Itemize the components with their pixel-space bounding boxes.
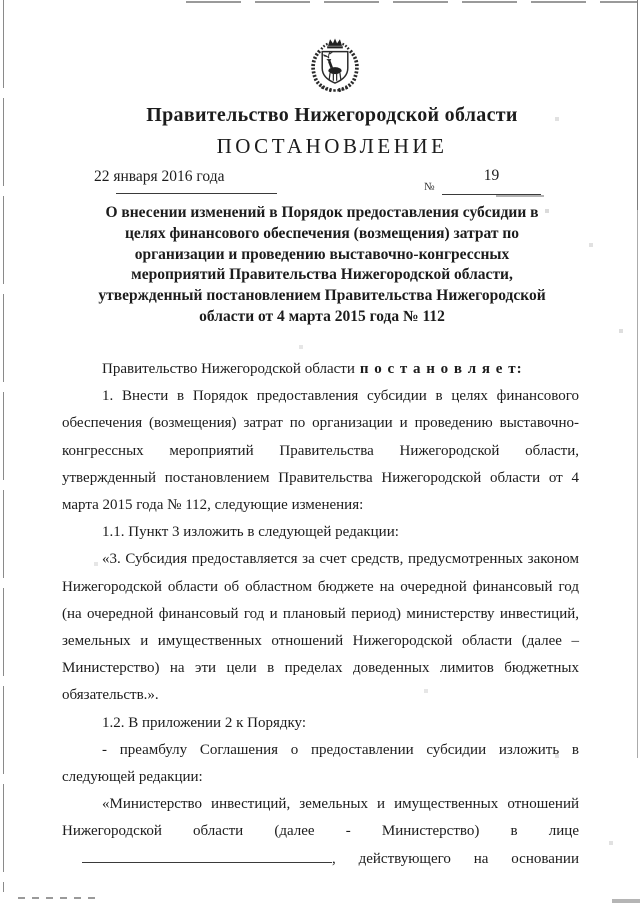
resolution-verb: п о с т а н о в л я е т: [360,361,523,377]
paragraph-ministry: «Министерство инвестиций, земельных и им… [62,791,579,873]
ministry-text-after-blank: , действующего на основании [332,851,579,867]
number-underline-shadow [496,195,544,197]
doc-type-heading: ПОСТАНОВЛЕНИЕ [24,134,640,159]
scan-noise-speckles [0,0,2,2]
paragraph-1-2: 1.2. В приложении 2 к Порядку: [62,710,579,737]
date-underline [116,193,277,194]
doc-date: 22 января 2016 года [94,168,224,186]
paragraph-1: 1. Внести в Порядок предоставления субси… [62,383,579,519]
doc-body: Правительство Нижегородской областип о с… [62,356,579,873]
paragraph-quote-3: «3. Субсидия предоставляется за счет сре… [62,546,579,709]
paragraph-preamble: - преамбулу Соглашения о предоставлении … [62,737,579,791]
scan-edge-line-left [3,0,4,892]
ministry-text-before-blank: «Министерство инвестиций, земельных и им… [62,796,579,839]
resolution-line: Правительство Нижегородской областип о с… [62,356,579,383]
coat-of-arms-icon [296,36,374,102]
scan-edge-dashes-bottom [18,897,100,899]
doc-number-label: № [424,181,435,193]
org-name: Правительство Нижегородской области [24,104,640,127]
scan-corner-mark [612,899,640,903]
blank-underline-field [82,847,332,862]
resolution-prefix: Правительство Нижегородской области [102,361,355,377]
document-page: Правительство Нижегородской области ПОСТ… [0,0,640,905]
doc-title: О внесении изменений в Порядок предостав… [90,203,554,328]
doc-number-value: 19 [442,167,541,185]
scan-edge-line-top [186,1,638,3]
paragraph-1-1: 1.1. Пункт 3 изложить в следующей редакц… [62,519,579,546]
